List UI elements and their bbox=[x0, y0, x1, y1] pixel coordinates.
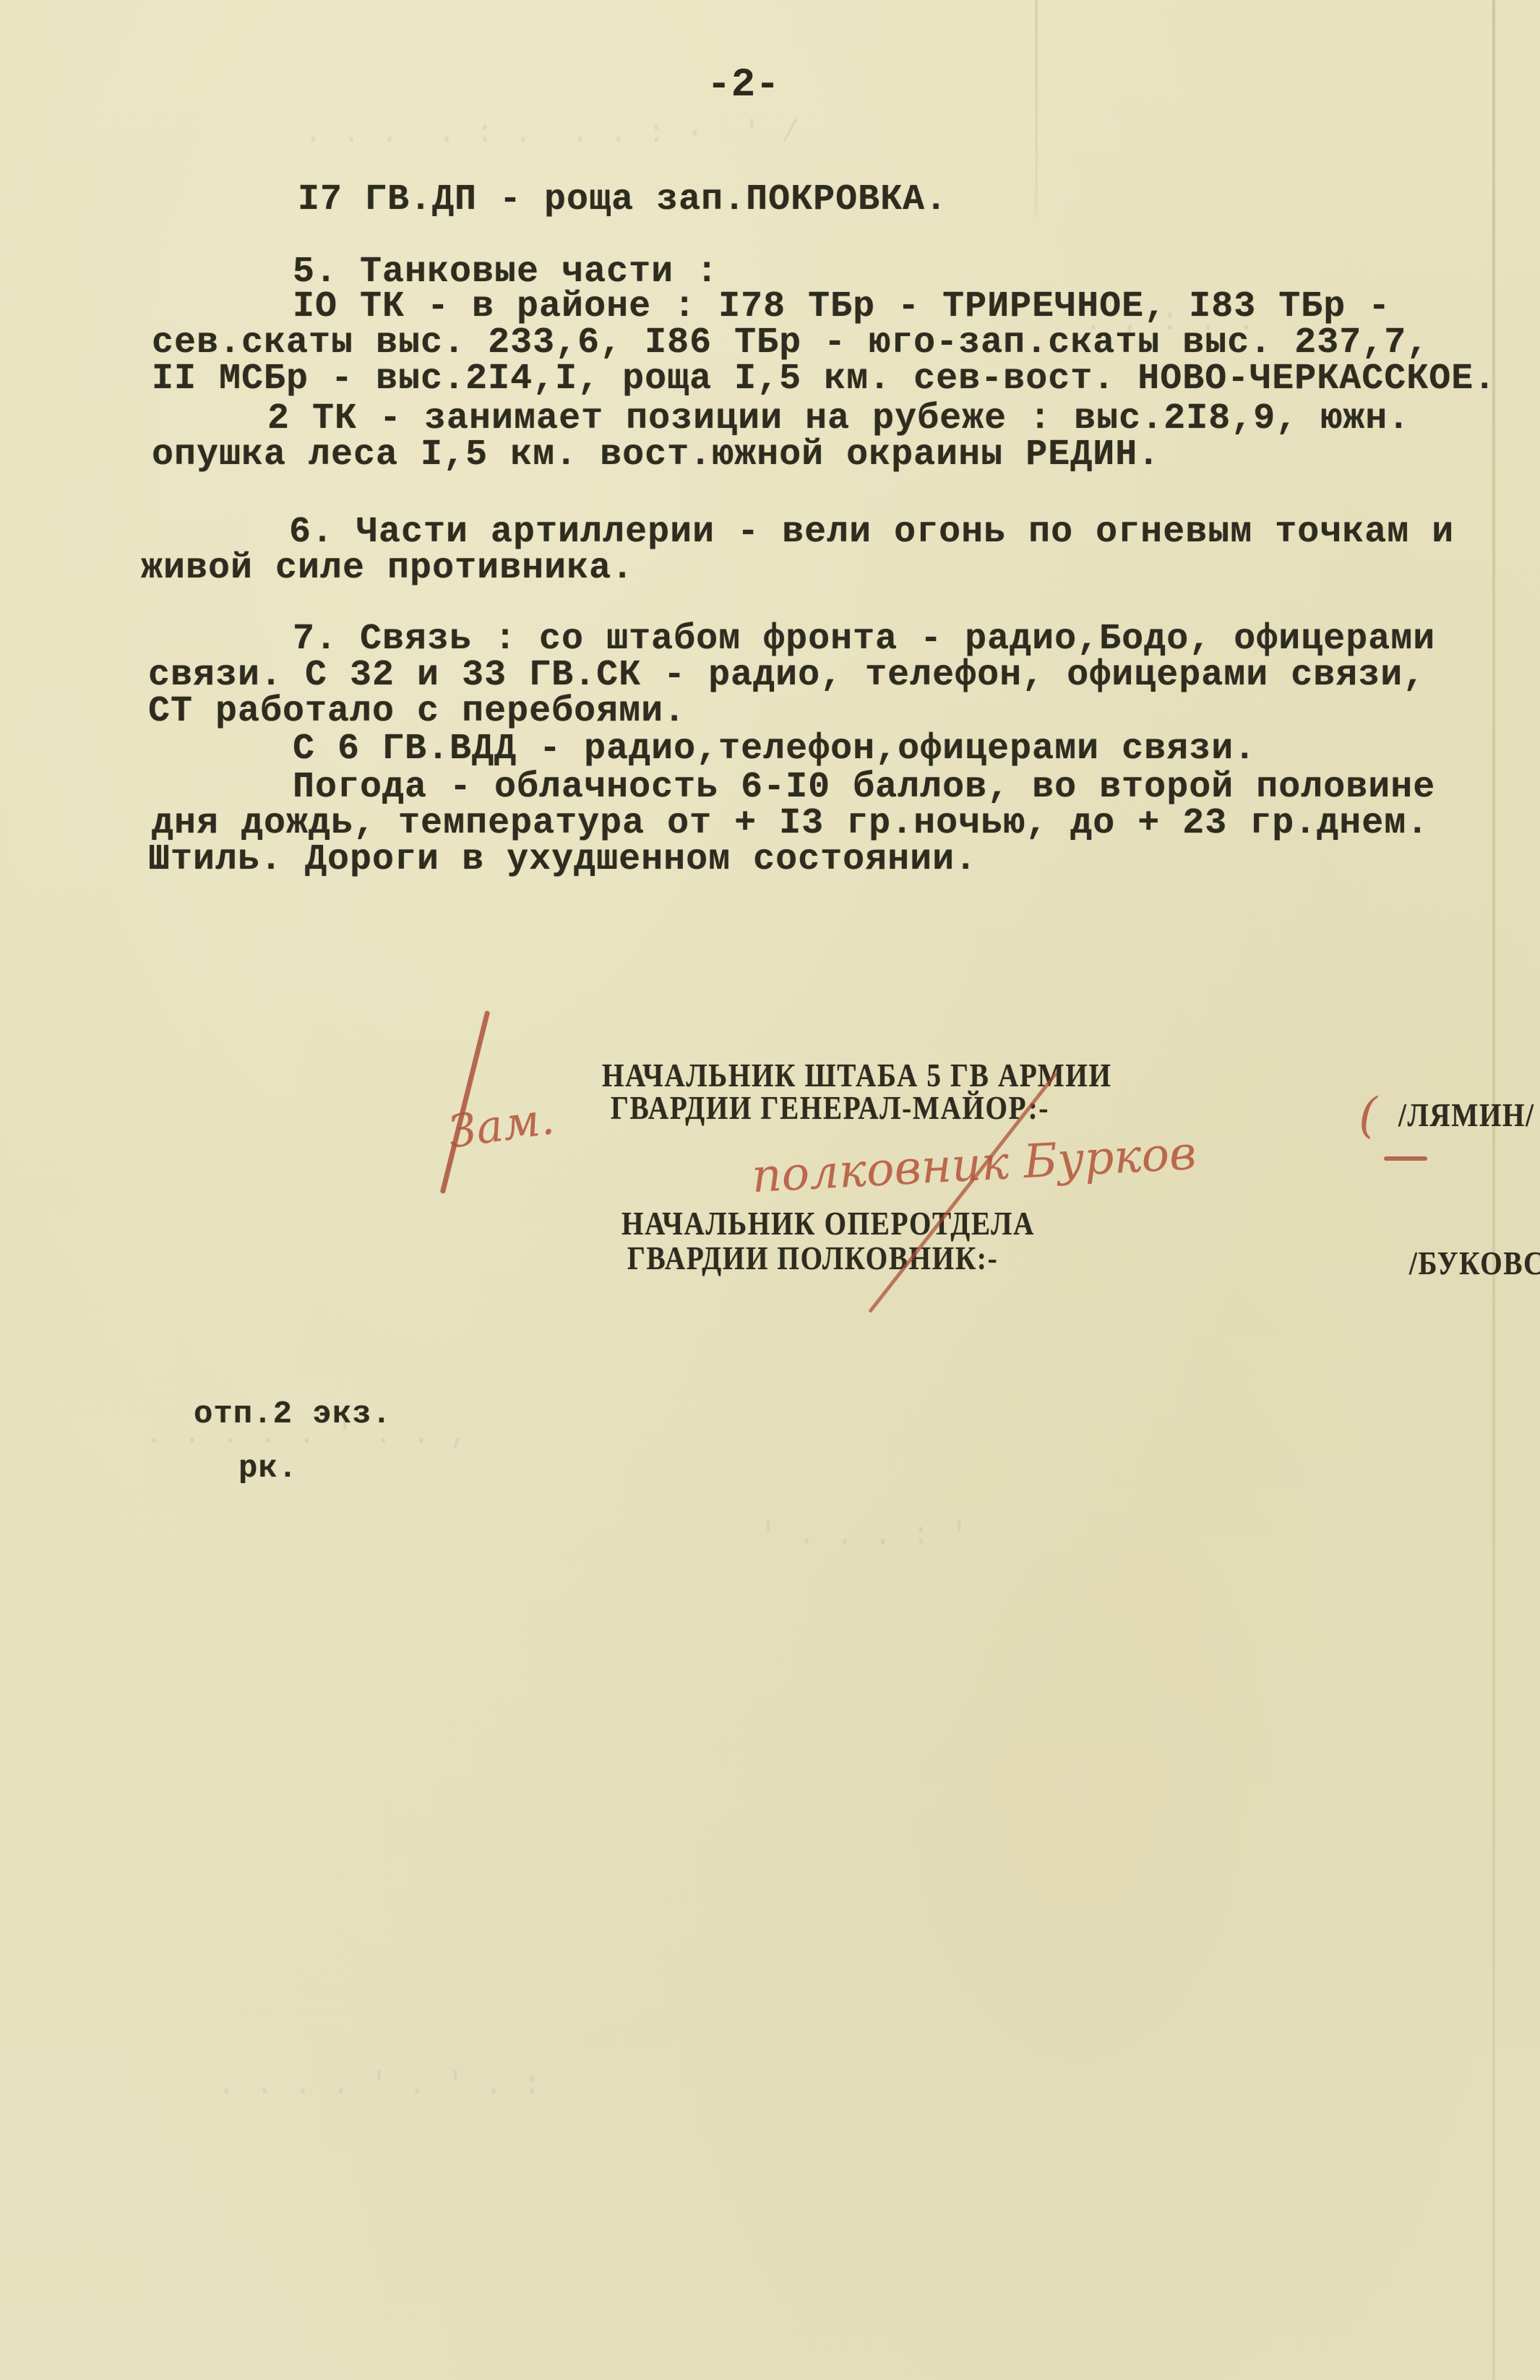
text-line: С 6 ГВ.ВДД - радио,телефон,офицерами свя… bbox=[293, 731, 1256, 768]
bleed-through-text: ' . . . : ' bbox=[759, 1518, 968, 1554]
signature-name-bukovs-text: /БУКОВС bbox=[1409, 1247, 1540, 1280]
signature-title-ops-chief: НАЧАЛЬНИК ОПЕРОТДЕЛА bbox=[621, 1207, 1035, 1240]
bleed-through-text: . . . . : . . . : · ' / bbox=[304, 116, 800, 152]
ink-scratch bbox=[1035, 0, 1038, 217]
red-pencil-dash bbox=[1384, 1156, 1427, 1161]
text-line: сев.скаты выс. 233,6, I86 ТБр - юго-зап.… bbox=[152, 325, 1429, 361]
signature-title-chief-of-staff: НАЧАЛЬНИК ШТАБА 5 ГВ АРМИИ bbox=[602, 1059, 1112, 1092]
page-edge-fold bbox=[1492, 0, 1495, 2380]
signature-rank-chief-of-staff: ГВАРДИИ ГЕНЕРАЛ-МАЙОР:- bbox=[611, 1091, 1049, 1125]
text-line: II МСБр - выс.2I4,I, роща I,5 км. сев-во… bbox=[152, 361, 1496, 398]
signature-rank-ops-chief: ГВАРДИИ ПОЛКОВНИК:- bbox=[627, 1242, 998, 1275]
text-line: связи. С 32 и 33 ГВ.СК - радио, телефон,… bbox=[148, 658, 1425, 694]
weather-paragraph: Погода - облачность 6-I0 баллов, во втор… bbox=[293, 770, 1435, 806]
section-heading-communications: 7. Связь : со штабом фронта - радио,Бодо… bbox=[293, 622, 1435, 658]
text-line: опушка леса I,5 км. вост.южной окраины Р… bbox=[152, 437, 1160, 473]
page-number: -2- bbox=[707, 61, 780, 108]
text-line: СТ работало с перебоями. bbox=[148, 694, 686, 730]
section-heading-tank-units: 5. Танковые части : bbox=[293, 254, 718, 291]
text-line: 2 ТК - занимает позиции на рубеже : выс.… bbox=[267, 401, 1410, 437]
text-line: дня дождь, температура от + I3 гр.ночью,… bbox=[152, 806, 1429, 842]
text-line: Штиль. Дороги в ухудшенном состоянии. bbox=[148, 842, 977, 878]
bleed-through-text: . . . . ' . ' . : bbox=[217, 2067, 541, 2103]
text-line: IO ТК - в районе : I78 ТБр - ТРИРЕЧНОЕ, … bbox=[293, 289, 1390, 325]
handwritten-bracket: ( bbox=[1359, 1088, 1377, 1143]
text-line: живой силе противника. bbox=[141, 551, 634, 587]
text-line: I7 ГВ.ДП - роща зап.ПОКРОВКА. bbox=[298, 182, 947, 218]
signature-name-lyamin: /ЛЯМИН/ bbox=[1398, 1099, 1535, 1132]
section-heading-artillery: 6. Части артиллерии - вели огонь по огне… bbox=[289, 515, 1454, 551]
copies-note: отп.2 экз. bbox=[194, 1399, 392, 1430]
typist-initials: рк. bbox=[238, 1453, 298, 1485]
